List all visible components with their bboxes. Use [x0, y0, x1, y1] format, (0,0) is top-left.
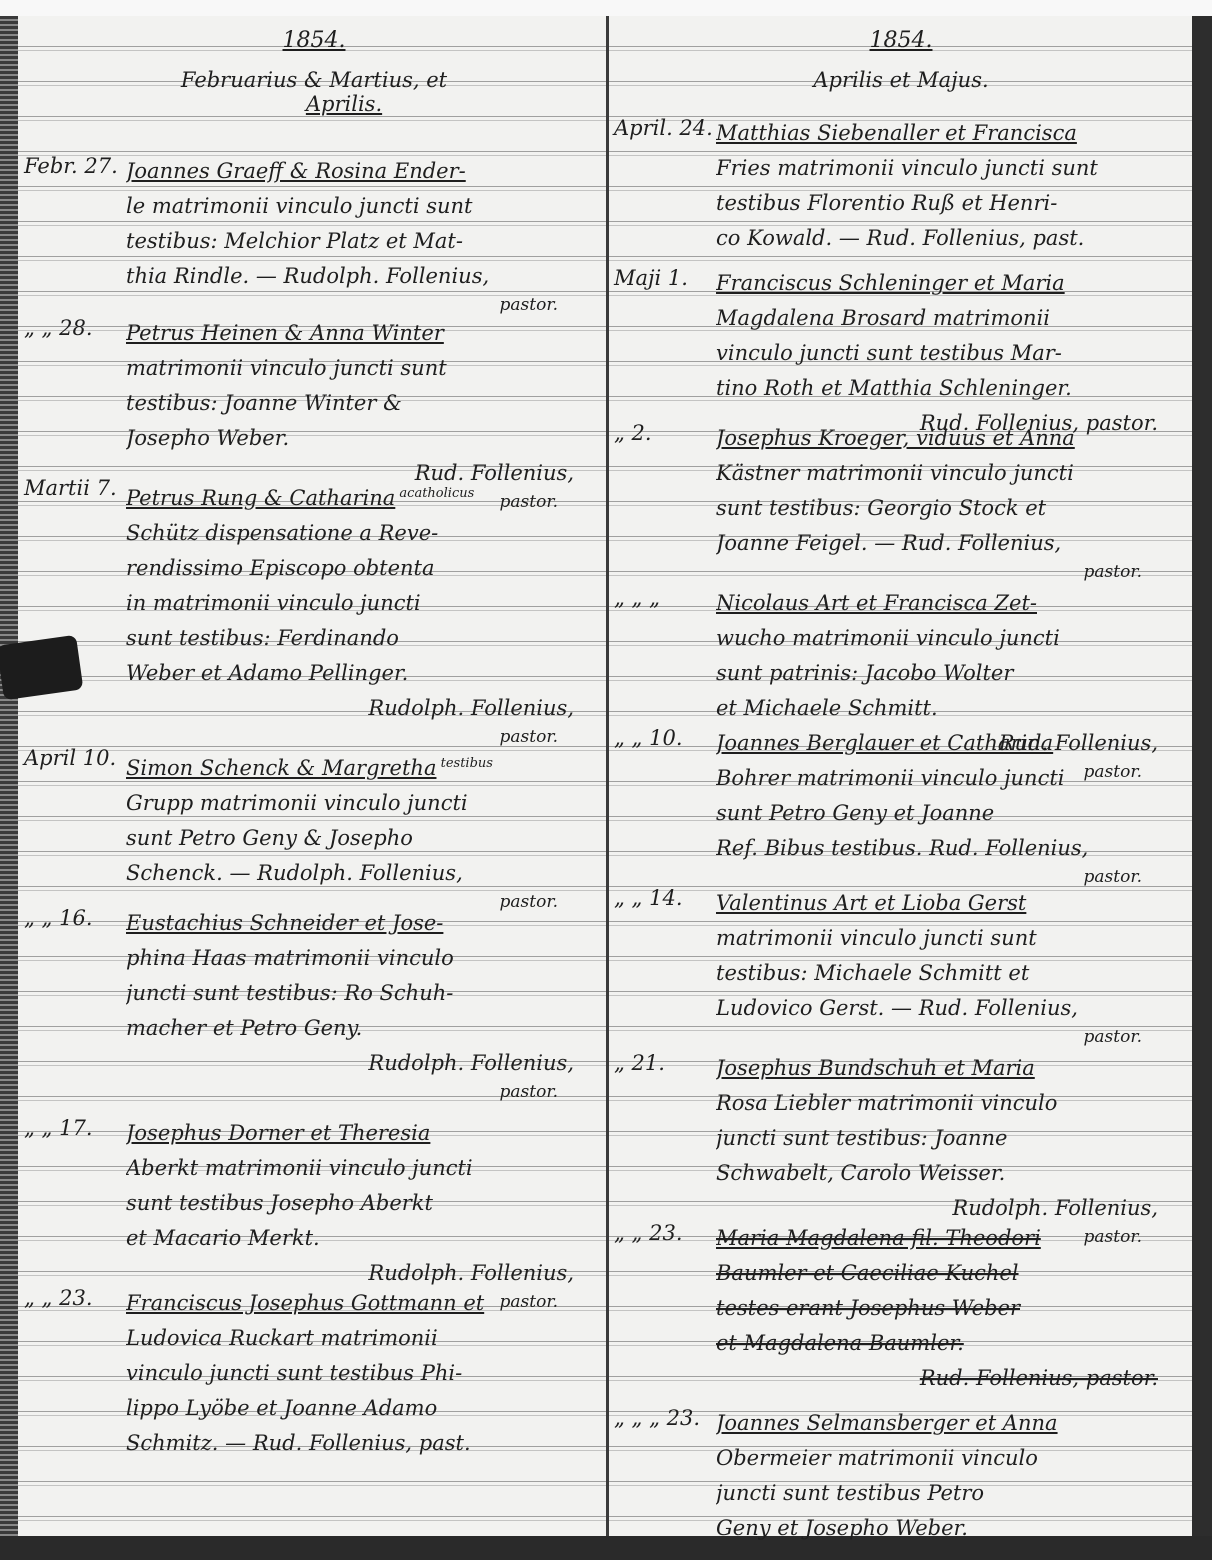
entry-line: Nicolaus Art et Francisca Zet-	[716, 586, 1182, 621]
entry-line: wucho matrimonii vinculo juncti	[716, 621, 1182, 656]
entry-line: co Kowald. — Rud. Follenius, past.	[716, 221, 1182, 256]
entry-line: Schütz dispensatione a Reve-	[126, 516, 598, 551]
couple-names: Eustachius Schneider et Jose-	[126, 911, 443, 935]
pastor-title: pastor.	[716, 1026, 1182, 1048]
entry-line: Aberkt matrimonii vinculo juncti	[126, 1151, 598, 1186]
book-gutter	[606, 16, 609, 1536]
entry-date: „ „ 28.	[24, 316, 124, 340]
entry-line: thia Rindle. — Rudolph. Follenius,	[126, 259, 598, 294]
entry-line: Matthias Siebenaller et Francisca	[716, 116, 1182, 151]
couple-names: Nicolaus Art et Francisca Zet-	[716, 591, 1037, 615]
months-line-1: Februarius & Martius, et	[181, 68, 447, 92]
entry-text: Josephus Bundschuh et MariaRosa Liebler …	[716, 1051, 1182, 1248]
entry-line: sunt testibus Josepho Aberkt	[126, 1186, 598, 1221]
entry-line: sunt patrinis: Jacobo Wolter	[716, 656, 1182, 691]
months-line-2: Aprilis.	[24, 92, 604, 116]
entry-line: Ref. Bibus testibus. Rud. Follenius,	[716, 831, 1182, 866]
entry-line: et Macario Merkt.	[126, 1221, 598, 1256]
couple-names: Joannes Graeff & Rosina Ender-	[126, 159, 466, 183]
entry-line: et Magdalena Baumler.	[716, 1326, 1182, 1361]
couple-names: Franciscus Josephus Gottmann et	[126, 1291, 484, 1315]
entry-line: et Michaele Schmitt.	[716, 691, 1182, 726]
scan-top-margin	[0, 0, 1212, 16]
entry-line: Obermeier matrimonii vinculo	[716, 1441, 1182, 1476]
entry-line: Petrus Rung & Catharina acatholicus	[126, 476, 598, 516]
entry-date: „ „ 23.	[24, 1286, 124, 1310]
entry-date: „ 2.	[614, 421, 714, 445]
entry-line: Simon Schenck & Margretha testibus	[126, 746, 598, 786]
entry-line: Maria Magdalena fil. Theodori	[716, 1221, 1182, 1256]
pastor-title: pastor.	[126, 1081, 598, 1103]
entry-date: „ „ 23.	[614, 1221, 714, 1245]
entry-text: Maria Magdalena fil. TheodoriBaumler et …	[716, 1221, 1182, 1396]
entry-line: Rosa Liebler matrimonii vinculo	[716, 1086, 1182, 1121]
entry-line: Josepho Weber.	[126, 421, 598, 456]
entry-line: sunt Petro Geny & Josepho	[126, 821, 598, 856]
interlinear-note: testibus	[436, 756, 492, 771]
entry-line: Ludovico Gerst. — Rud. Follenius,	[716, 991, 1182, 1026]
entry-line: Magdalena Brosard matrimonii	[716, 301, 1182, 336]
entry-line: Franciscus Josephus Gottmann et	[126, 1286, 598, 1321]
entry-date: „ „ „	[614, 586, 714, 610]
couple-names: Josephus Dorner et Theresia	[126, 1121, 430, 1145]
entry-date: Martii 7.	[24, 476, 124, 500]
right-page: 1854. Aprilis et Majus. April. 24.Matthi…	[614, 16, 1188, 1536]
entry-line: phina Haas matrimonii vinculo	[126, 941, 598, 976]
entry-line: lippo Lyöbe et Joanne Adamo	[126, 1391, 598, 1426]
couple-names: Petrus Heinen & Anna Winter	[126, 321, 444, 345]
couple-names: Simon Schenck & Margretha	[126, 756, 436, 780]
entry-date: „ „ 16.	[24, 906, 124, 930]
entry-line: Josephus Bundschuh et Maria	[716, 1051, 1182, 1086]
entry-line: juncti sunt testibus Petro	[716, 1476, 1182, 1511]
pastor-title: pastor.	[126, 294, 598, 316]
entry-line: Joannes Berglauer et Catharina	[716, 726, 1182, 761]
couple-names: Joannes Selmansberger et Anna	[716, 1411, 1058, 1435]
entry-line: le matrimonii vinculo juncti sunt	[126, 189, 598, 224]
entry-line: macher et Petro Geny.	[126, 1011, 598, 1046]
entry-text: Simon Schenck & Margretha testibusGrupp …	[126, 746, 598, 913]
entry-text: Joannes Berglauer et CatharinaBohrer mat…	[716, 726, 1182, 888]
left-page: 1854. Februarius & Martius, et Aprilis. …	[24, 16, 604, 1536]
page-months: Aprilis et Majus.	[614, 68, 1188, 92]
pastor-title: pastor.	[716, 561, 1182, 583]
interlinear-note: acatholicus	[395, 486, 474, 501]
page-year: 1854.	[614, 28, 1188, 53]
entry-line: Valentinus Art et Lioba Gerst	[716, 886, 1182, 921]
pastor-title: pastor.	[126, 726, 598, 748]
couple-names: Joannes Berglauer et Catharina	[716, 731, 1053, 755]
entry-line: Grupp matrimonii vinculo juncti	[126, 786, 598, 821]
entry-line: testes erant Josephus Weber	[716, 1291, 1182, 1326]
entry-line: Petrus Heinen & Anna Winter	[126, 316, 598, 351]
entry-date: „ „ „ 23.	[614, 1406, 714, 1430]
entry-line: Kästner matrimonii vinculo juncti	[716, 456, 1182, 491]
entry-text: Franciscus Schleninger et MariaMagdalena…	[716, 266, 1182, 441]
page-edge-left	[0, 16, 18, 1536]
entry-line: juncti sunt testibus: Joanne	[716, 1121, 1182, 1156]
entry-line: matrimonii vinculo juncti sunt	[716, 921, 1182, 956]
entry-line: Schmitz. — Rud. Follenius, past.	[126, 1426, 598, 1461]
entry-text: Franciscus Josephus Gottmann etLudovica …	[126, 1286, 598, 1461]
entry-line: sunt Petro Geny et Joanne	[716, 796, 1182, 831]
entry-line: testibus: Melchior Platz et Mat-	[126, 224, 598, 259]
couple-names: Josephus Bundschuh et Maria	[716, 1056, 1035, 1080]
entry-text: Joannes Graeff & Rosina Ender-le matrimo…	[126, 154, 598, 316]
couple-names: Valentinus Art et Lioba Gerst	[716, 891, 1026, 915]
entry-date: „ „ 14.	[614, 886, 714, 910]
entry-date: Febr. 27.	[24, 154, 124, 178]
entry-date: „ „ 17.	[24, 1116, 124, 1140]
entry-line: vinculo juncti sunt testibus Mar-	[716, 336, 1182, 371]
entry-line: Bohrer matrimonii vinculo juncti	[716, 761, 1182, 796]
couple-names: Maria Magdalena fil. Theodori	[716, 1226, 1041, 1250]
entry-line: Schenck. — Rudolph. Follenius,	[126, 856, 598, 891]
entry-line: Josephus Kroeger, viduus et Anna	[716, 421, 1182, 456]
entry-line: Weber et Adamo Pellinger.	[126, 656, 598, 691]
entry-date: „ 21.	[614, 1051, 714, 1075]
entry-line: Eustachius Schneider et Jose-	[126, 906, 598, 941]
entry-line: Josephus Dorner et Theresia	[126, 1116, 598, 1151]
entry-line: testibus: Michaele Schmitt et	[716, 956, 1182, 991]
entry-line: Joanne Feigel. — Rud. Follenius,	[716, 526, 1182, 561]
entry-line: Fries matrimonii vinculo juncti sunt	[716, 151, 1182, 186]
months-line-1: Aprilis et Majus.	[813, 68, 988, 92]
entry-line: Joannes Selmansberger et Anna	[716, 1406, 1182, 1441]
entry-line: tino Roth et Matthia Schleninger.	[716, 371, 1182, 406]
entry-line: Franciscus Schleninger et Maria	[716, 266, 1182, 301]
entry-line: Schwabelt, Carolo Weisser.	[716, 1156, 1182, 1191]
couple-names: Josephus Kroeger, viduus et Anna	[716, 426, 1075, 450]
pastor-title: pastor.	[716, 866, 1182, 888]
entry-line: vinculo juncti sunt testibus Phi-	[126, 1356, 598, 1391]
entry-date: „ „ 10.	[614, 726, 714, 750]
entry-line: Ludovica Ruckart matrimonii	[126, 1321, 598, 1356]
page-edge-right	[1192, 16, 1212, 1536]
entry-text: Josephus Kroeger, viduus et AnnaKästner …	[716, 421, 1182, 583]
entry-date: April 10.	[24, 746, 124, 770]
entry-line: Joannes Graeff & Rosina Ender-	[126, 154, 598, 189]
entry-line: matrimonii vinculo juncti sunt	[126, 351, 598, 386]
entry-line: sunt testibus: Ferdinando	[126, 621, 598, 656]
entry-text: Valentinus Art et Lioba Gerstmatrimonii …	[716, 886, 1182, 1048]
entry-line: in matrimonii vinculo juncti	[126, 586, 598, 621]
entry-line: juncti sunt testibus: Ro Schuh-	[126, 976, 598, 1011]
entry-text: Eustachius Schneider et Jose-phina Haas …	[126, 906, 598, 1103]
entry-line: sunt testibus: Georgio Stock et	[716, 491, 1182, 526]
page-months: Februarius & Martius, et Aprilis.	[24, 68, 604, 116]
couple-names: Franciscus Schleninger et Maria	[716, 271, 1065, 295]
entry-text: Josephus Dorner et TheresiaAberkt matrim…	[126, 1116, 598, 1313]
pastor-signature: Rudolph. Follenius,	[126, 1046, 598, 1081]
pastor-signature: Rudolph. Follenius,	[126, 691, 598, 726]
entry-line: rendissimo Episcopo obtenta	[126, 551, 598, 586]
entry-line: testibus: Joanne Winter &	[126, 386, 598, 421]
entry-date: April. 24.	[614, 116, 714, 140]
page-year: 1854.	[24, 28, 604, 53]
pastor-signature: Rud. Follenius, pastor.	[716, 1361, 1182, 1396]
couple-names: Matthias Siebenaller et Francisca	[716, 121, 1077, 145]
entry-text: Petrus Rung & Catharina acatholicusSchüt…	[126, 476, 598, 748]
entry-text: Joannes Selmansberger et AnnaObermeier m…	[716, 1406, 1182, 1546]
couple-names: Petrus Rung & Catharina	[126, 486, 395, 510]
entry-line: Geny et Josepho Weber.	[716, 1511, 1182, 1546]
entry-line: Baumler et Caeciliae Kuchel	[716, 1256, 1182, 1291]
entry-text: Matthias Siebenaller et FranciscaFries m…	[716, 116, 1182, 256]
entry-line: testibus Florentio Ruß et Henri-	[716, 186, 1182, 221]
entry-date: Maji 1.	[614, 266, 714, 290]
